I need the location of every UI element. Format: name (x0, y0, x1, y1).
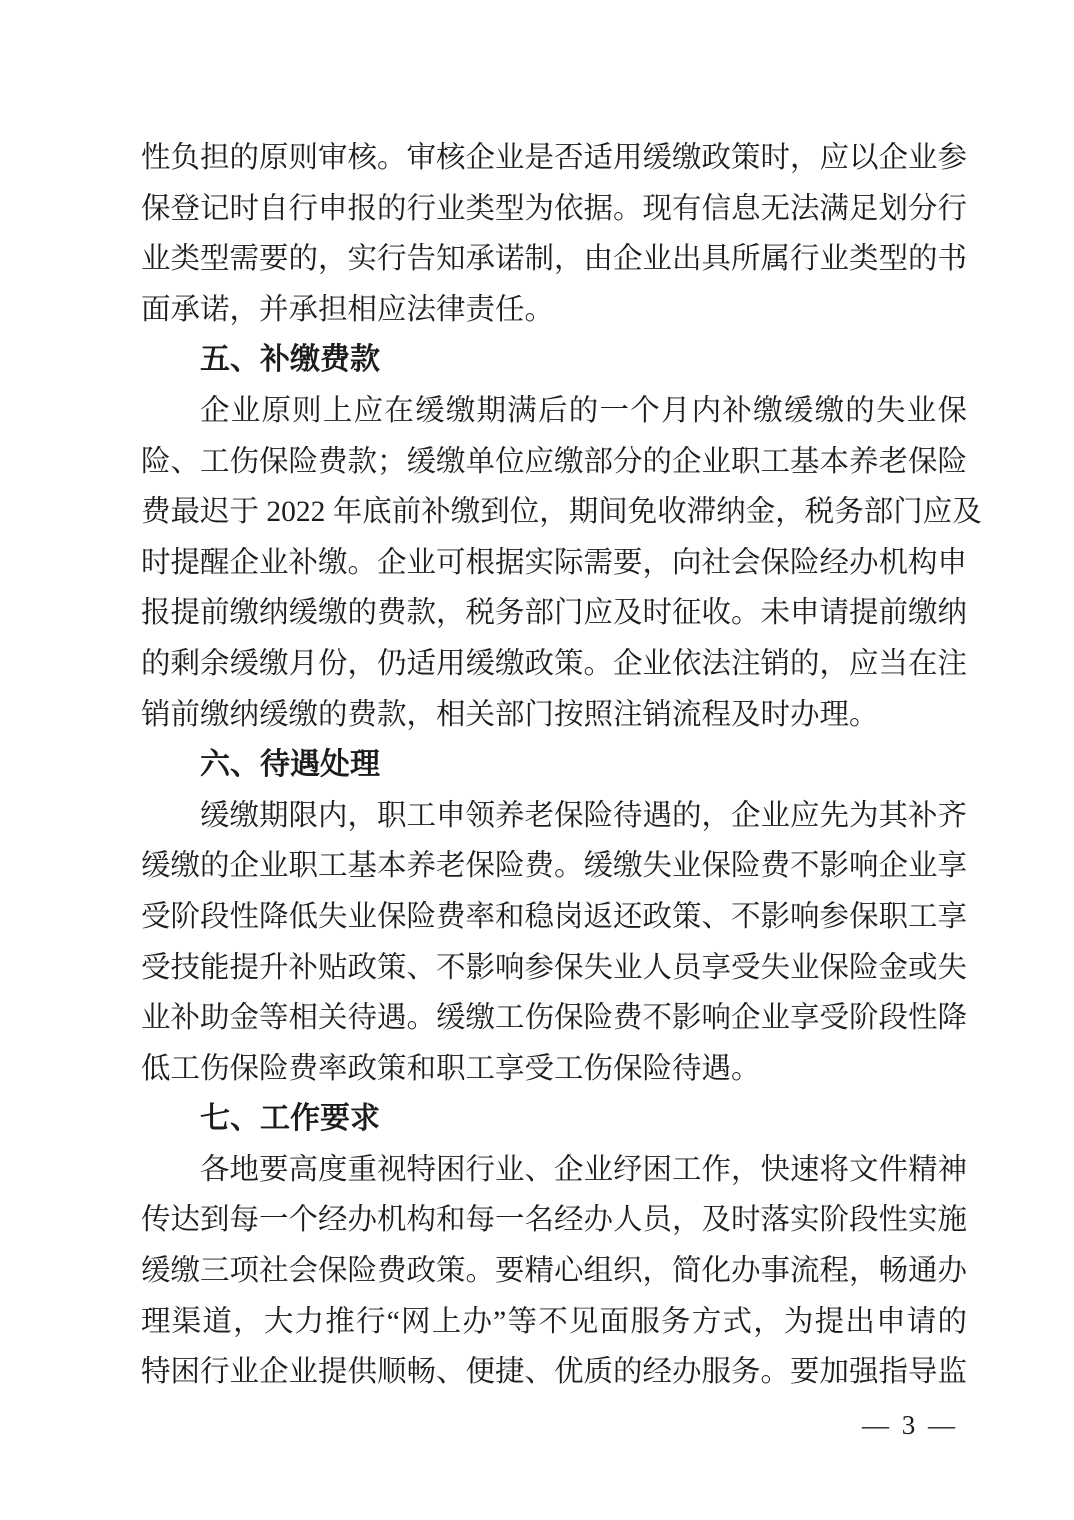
section-heading-6: 六、待遇处理 (141, 740, 967, 791)
body-line: 的剩余缓缴月份，仍适用缓缴政策。企业依法注销的，应当在注 (141, 639, 967, 690)
body-line: 费最迟于 2022 年底前补缴到位，期间免收滞纳金，税务部门应及 (141, 487, 967, 538)
body-line: 传达到每一个经办机构和每一名经办人员，及时落实阶段性实施 (141, 1195, 967, 1246)
body-line: 业类型需要的，实行告知承诺制，由企业出具所属行业类型的书 (141, 234, 967, 285)
body-line: 缓缴三项社会保险费政策。要精心组织，简化办事流程，畅通办 (141, 1246, 967, 1297)
body-line: 缓缴期限内，职工申领养老保险待遇的，企业应先为其补齐 (141, 791, 967, 842)
document-body: 性负担的原则审核。审核企业是否适用缓缴政策时，应以企业参 保登记时自行申报的行业… (141, 133, 967, 1398)
section-heading-7: 七、工作要求 (141, 1094, 967, 1145)
document-page: 性负担的原则审核。审核企业是否适用缓缴政策时，应以企业参 保登记时自行申报的行业… (0, 0, 1074, 1520)
body-line: 报提前缴纳缓缴的费款，税务部门应及时征收。未申请提前缴纳 (141, 588, 967, 639)
body-line: 业补助金等相关待遇。缓缴工伤保险费不影响企业享受阶段性降 (141, 993, 967, 1044)
body-line: 各地要高度重视特困行业、企业纾困工作，快速将文件精神 (141, 1145, 967, 1196)
body-line: 时提醒企业补缴。企业可根据实际需要，向社会保险经办机构申 (141, 538, 967, 589)
body-line: 性负担的原则审核。审核企业是否适用缓缴政策时，应以企业参 (141, 133, 967, 184)
page-number: — 3 — (862, 1405, 958, 1445)
body-line: 销前缴纳缓缴的费款，相关部门按照注销流程及时办理。 (141, 690, 967, 741)
body-line: 特困行业企业提供顺畅、便捷、优质的经办服务。要加强指导监 (141, 1347, 967, 1398)
body-line: 低工伤保险费率政策和职工享受工伤保险待遇。 (141, 1044, 967, 1095)
body-line: 保登记时自行申报的行业类型为依据。现有信息无法满足划分行 (141, 184, 967, 235)
body-line: 受阶段性降低失业保险费率和稳岗返还政策、不影响参保职工享 (141, 892, 967, 943)
body-line: 缓缴的企业职工基本养老保险费。缓缴失业保险费不影响企业享 (141, 841, 967, 892)
section-heading-5: 五、补缴费款 (141, 335, 967, 386)
body-line: 受技能提升补贴政策、不影响参保失业人员享受失业保险金或失 (141, 943, 967, 994)
body-line: 面承诺，并承担相应法律责任。 (141, 285, 967, 336)
body-line: 险、工伤保险费款；缓缴单位应缴部分的企业职工基本养老保险 (141, 437, 967, 488)
body-line: 理渠道，大力推行“网上办”等不见面服务方式，为提出申请的 (141, 1297, 967, 1348)
body-line: 企业原则上应在缓缴期满后的一个月内补缴缓缴的失业保 (141, 386, 967, 437)
